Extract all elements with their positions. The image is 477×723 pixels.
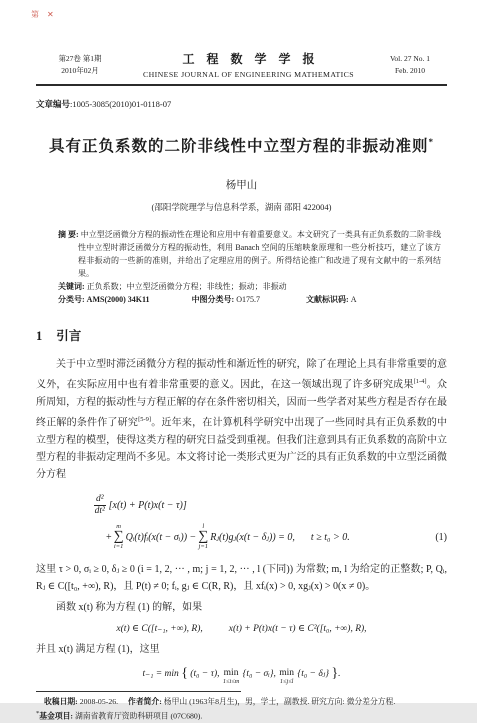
equation-1-term-1: Qᵢ(t)fᵢ(x(t − σᵢ)) −	[126, 532, 197, 543]
summation-1: m ∑ i=1	[114, 524, 124, 551]
derivative-fraction: d² dt²	[94, 494, 106, 517]
doc-code-value: A	[351, 295, 357, 304]
article-number: 文章编号:1005-3085(2010)01-0118-07	[36, 98, 447, 110]
paper-page: 第 ✕ 第27卷 第1期 2010年02月 工程数学学报 CHINESE JOU…	[0, 0, 477, 703]
classification-line: 分类号: AMS(2000) 34K11 中图分类号: O175.7 文献标识码…	[58, 293, 441, 306]
keywords-line: 关键词: 正负系数；中立型泛函微分方程；非线性；振动；非振动	[58, 280, 441, 293]
min-operator-2: min 1≤j≤l	[279, 668, 294, 685]
header-rule	[36, 84, 447, 86]
clc-class: 中图分类号: O175.7	[192, 293, 260, 306]
solution-space-b: x(t) + P(t)x(t − τ) ∈ C²([t₀, +∞), R),	[229, 624, 367, 634]
author-affiliation: (邵阳学院理学与信息科学系，湖南 邵阳 422004)	[36, 201, 447, 213]
article-number-label: 文章编号	[36, 99, 70, 109]
section-title: 引言	[56, 329, 81, 343]
journal-title-block: 工程数学学报 CHINESE JOURNAL OF ENGINEERING MA…	[124, 50, 373, 79]
clc-value: O175.7	[236, 295, 260, 304]
sigma-icon: ∑	[198, 530, 208, 544]
clc-label: 中图分类号:	[192, 295, 235, 304]
keywords-text: 正负系数；中立型泛函微分方程；非线性；振动；非振动	[87, 282, 287, 291]
author-name: 杨甲山	[36, 177, 447, 192]
sigma-icon: ∑	[114, 530, 124, 544]
abstract-text: 中立型泛函微分方程的振动性在理论和应用中有着重要意义。本文研究了一类具有正负系数…	[78, 230, 441, 278]
fund-text: 湖南省教育厅资助科研项目 (07C680).	[73, 712, 202, 721]
keywords-label: 关键词:	[58, 282, 85, 291]
conditions-paragraph: 这里 τ > 0, σᵢ ≥ 0, δⱼ ≥ 0 (i = 1, 2, ··· …	[36, 561, 447, 596]
eq3-term-b: {t₀ − σᵢ},	[243, 669, 276, 679]
min-1-limits: 1≤i≤m	[223, 679, 239, 686]
summation-2: l ∑ j=1	[198, 524, 208, 551]
date-line-en: Feb. 2010	[373, 65, 447, 77]
volume-issue-en: Vol. 27 No. 1 Feb. 2010	[373, 53, 447, 77]
equation-1-line-1: d² dt² [x(t) + P(t)x(t − τ)]	[94, 494, 447, 517]
footnote-line-2: *基金项目: 湖南省教育厅资助科研项目 (07C680).	[36, 708, 447, 723]
footnote-line-1: 收稿日期: 2008-05-26. 作者简介: 杨甲山 (1963年8月生)，男…	[36, 696, 447, 709]
eq3-period: .	[338, 669, 340, 679]
equation-1-term-2: Rⱼ(t)gⱼ(x(t − δⱼ)) = 0,	[210, 532, 295, 543]
intro-paragraph: 关于中立型时滞泛函微分方程的振动性和渐近性的研究，除了在理论上具有非常重要的意义…	[36, 356, 447, 484]
fund-label: 基金项目:	[39, 712, 73, 721]
author-bio-text: 杨甲山 (1963年8月生)，男，学士，副教授. 研究方向: 微分差分方程.	[162, 697, 395, 706]
plus-sign: +	[106, 532, 112, 543]
eq3-term-a: (t₀ − τ),	[190, 669, 219, 679]
received-date-value: 2008-05-26.	[78, 697, 118, 706]
t-minus-one-equation: t₋₁ = min { (t₀ − τ), min 1≤i≤m {t₀ − σᵢ…	[36, 666, 447, 686]
eq3-term-c: {t₀ − δⱼ}	[297, 669, 329, 679]
journal-header: 第27卷 第1期 2010年02月 工程数学学报 CHINESE JOURNAL…	[36, 50, 447, 79]
equation-1-line-2: + m ∑ i=1 Qᵢ(t)fᵢ(x(t − σᵢ)) − l ∑ j=1 R…	[106, 524, 447, 551]
article-number-value: :1005-3085(2010)01-0118-07	[70, 99, 171, 109]
intro-text-a: 关于中立型时滞泛函微分方程的振动性和渐近性的研究，除了在理论上具有非常重要的意义…	[36, 359, 447, 391]
section-heading: 1引言	[36, 326, 447, 344]
abstract-label: 摘 要:	[58, 230, 79, 239]
min-2-limits: 1≤j≤l	[279, 679, 294, 686]
title-footnote-star: *	[429, 137, 435, 147]
citation-ref-2: [5-9]	[138, 416, 151, 423]
volume-issue: 第27卷 第1期 2010年02月	[36, 53, 124, 76]
red-corner-stamp: 第 ✕	[31, 9, 57, 20]
ams-class-label: 分类号:	[58, 295, 85, 304]
section-number: 1	[36, 329, 42, 343]
paper-title: 具有正负系数的二阶非线性中立型方程的非振动准则*	[36, 134, 447, 156]
summation-1-lower: i=1	[114, 544, 124, 551]
solution-definition-paragraph: 函数 x(t) 称为方程 (1) 的解，如果	[36, 599, 447, 616]
equation-1: d² dt² [x(t) + P(t)x(t − τ)] + m ∑ i=1 Q…	[94, 494, 447, 551]
solution-space-equation: x(t) ∈ C([t₋₁, +∞), R),x(t) + P(t)x(t − …	[36, 623, 447, 634]
equation-1-number: (1)	[435, 532, 447, 543]
doc-code: 文献标识码: A	[306, 293, 356, 306]
footnote-rule	[36, 691, 241, 692]
ams-class-value: AMS(2000) 34K11	[87, 295, 150, 304]
ams-class: 分类号: AMS(2000) 34K11	[58, 293, 150, 306]
journal-title-cn: 工程数学学报	[136, 50, 373, 67]
left-brace: {	[181, 666, 188, 681]
equation-1-condition: t ≥ t₀ > 0.	[311, 532, 350, 543]
volume-line: 第27卷 第1期	[36, 53, 124, 64]
abstract-block: 摘 要: 中立型泛函微分方程的振动性在理论和应用中有着重要意义。本文研究了一类具…	[58, 228, 441, 306]
eq3-lhs: t₋₁ = min	[142, 669, 178, 679]
fraction-denominator: dt²	[94, 506, 106, 517]
vol-line-en: Vol. 27 No. 1	[373, 53, 447, 65]
abstract-paragraph: 摘 要: 中立型泛函微分方程的振动性在理论和应用中有着重要意义。本文研究了一类具…	[58, 228, 441, 280]
journal-title-en: CHINESE JOURNAL OF ENGINEERING MATHEMATI…	[124, 70, 373, 79]
citation-ref-1: [1-4]	[414, 378, 427, 385]
min-operator-1: min 1≤i≤m	[223, 668, 239, 685]
doc-code-label: 文献标识码:	[306, 295, 349, 304]
fraction-numerator: d²	[94, 494, 106, 506]
paper-title-text: 具有正负系数的二阶非线性中立型方程的非振动准则	[49, 138, 429, 155]
solution-space-a: x(t) ∈ C([t₋₁, +∞), R),	[116, 624, 202, 634]
summation-2-lower: j=1	[198, 544, 208, 551]
received-date-label: 收稿日期:	[44, 697, 78, 706]
equation-1-bracket-term: [x(t) + P(t)x(t − τ)]	[109, 500, 187, 511]
author-bio-label: 作者简介:	[128, 697, 162, 706]
date-line-cn: 2010年02月	[36, 65, 124, 76]
satisfies-paragraph: 并且 x(t) 满足方程 (1)，这里	[36, 641, 447, 658]
footnote-block: 收稿日期: 2008-05-26. 作者简介: 杨甲山 (1963年8月生)，男…	[36, 691, 447, 723]
